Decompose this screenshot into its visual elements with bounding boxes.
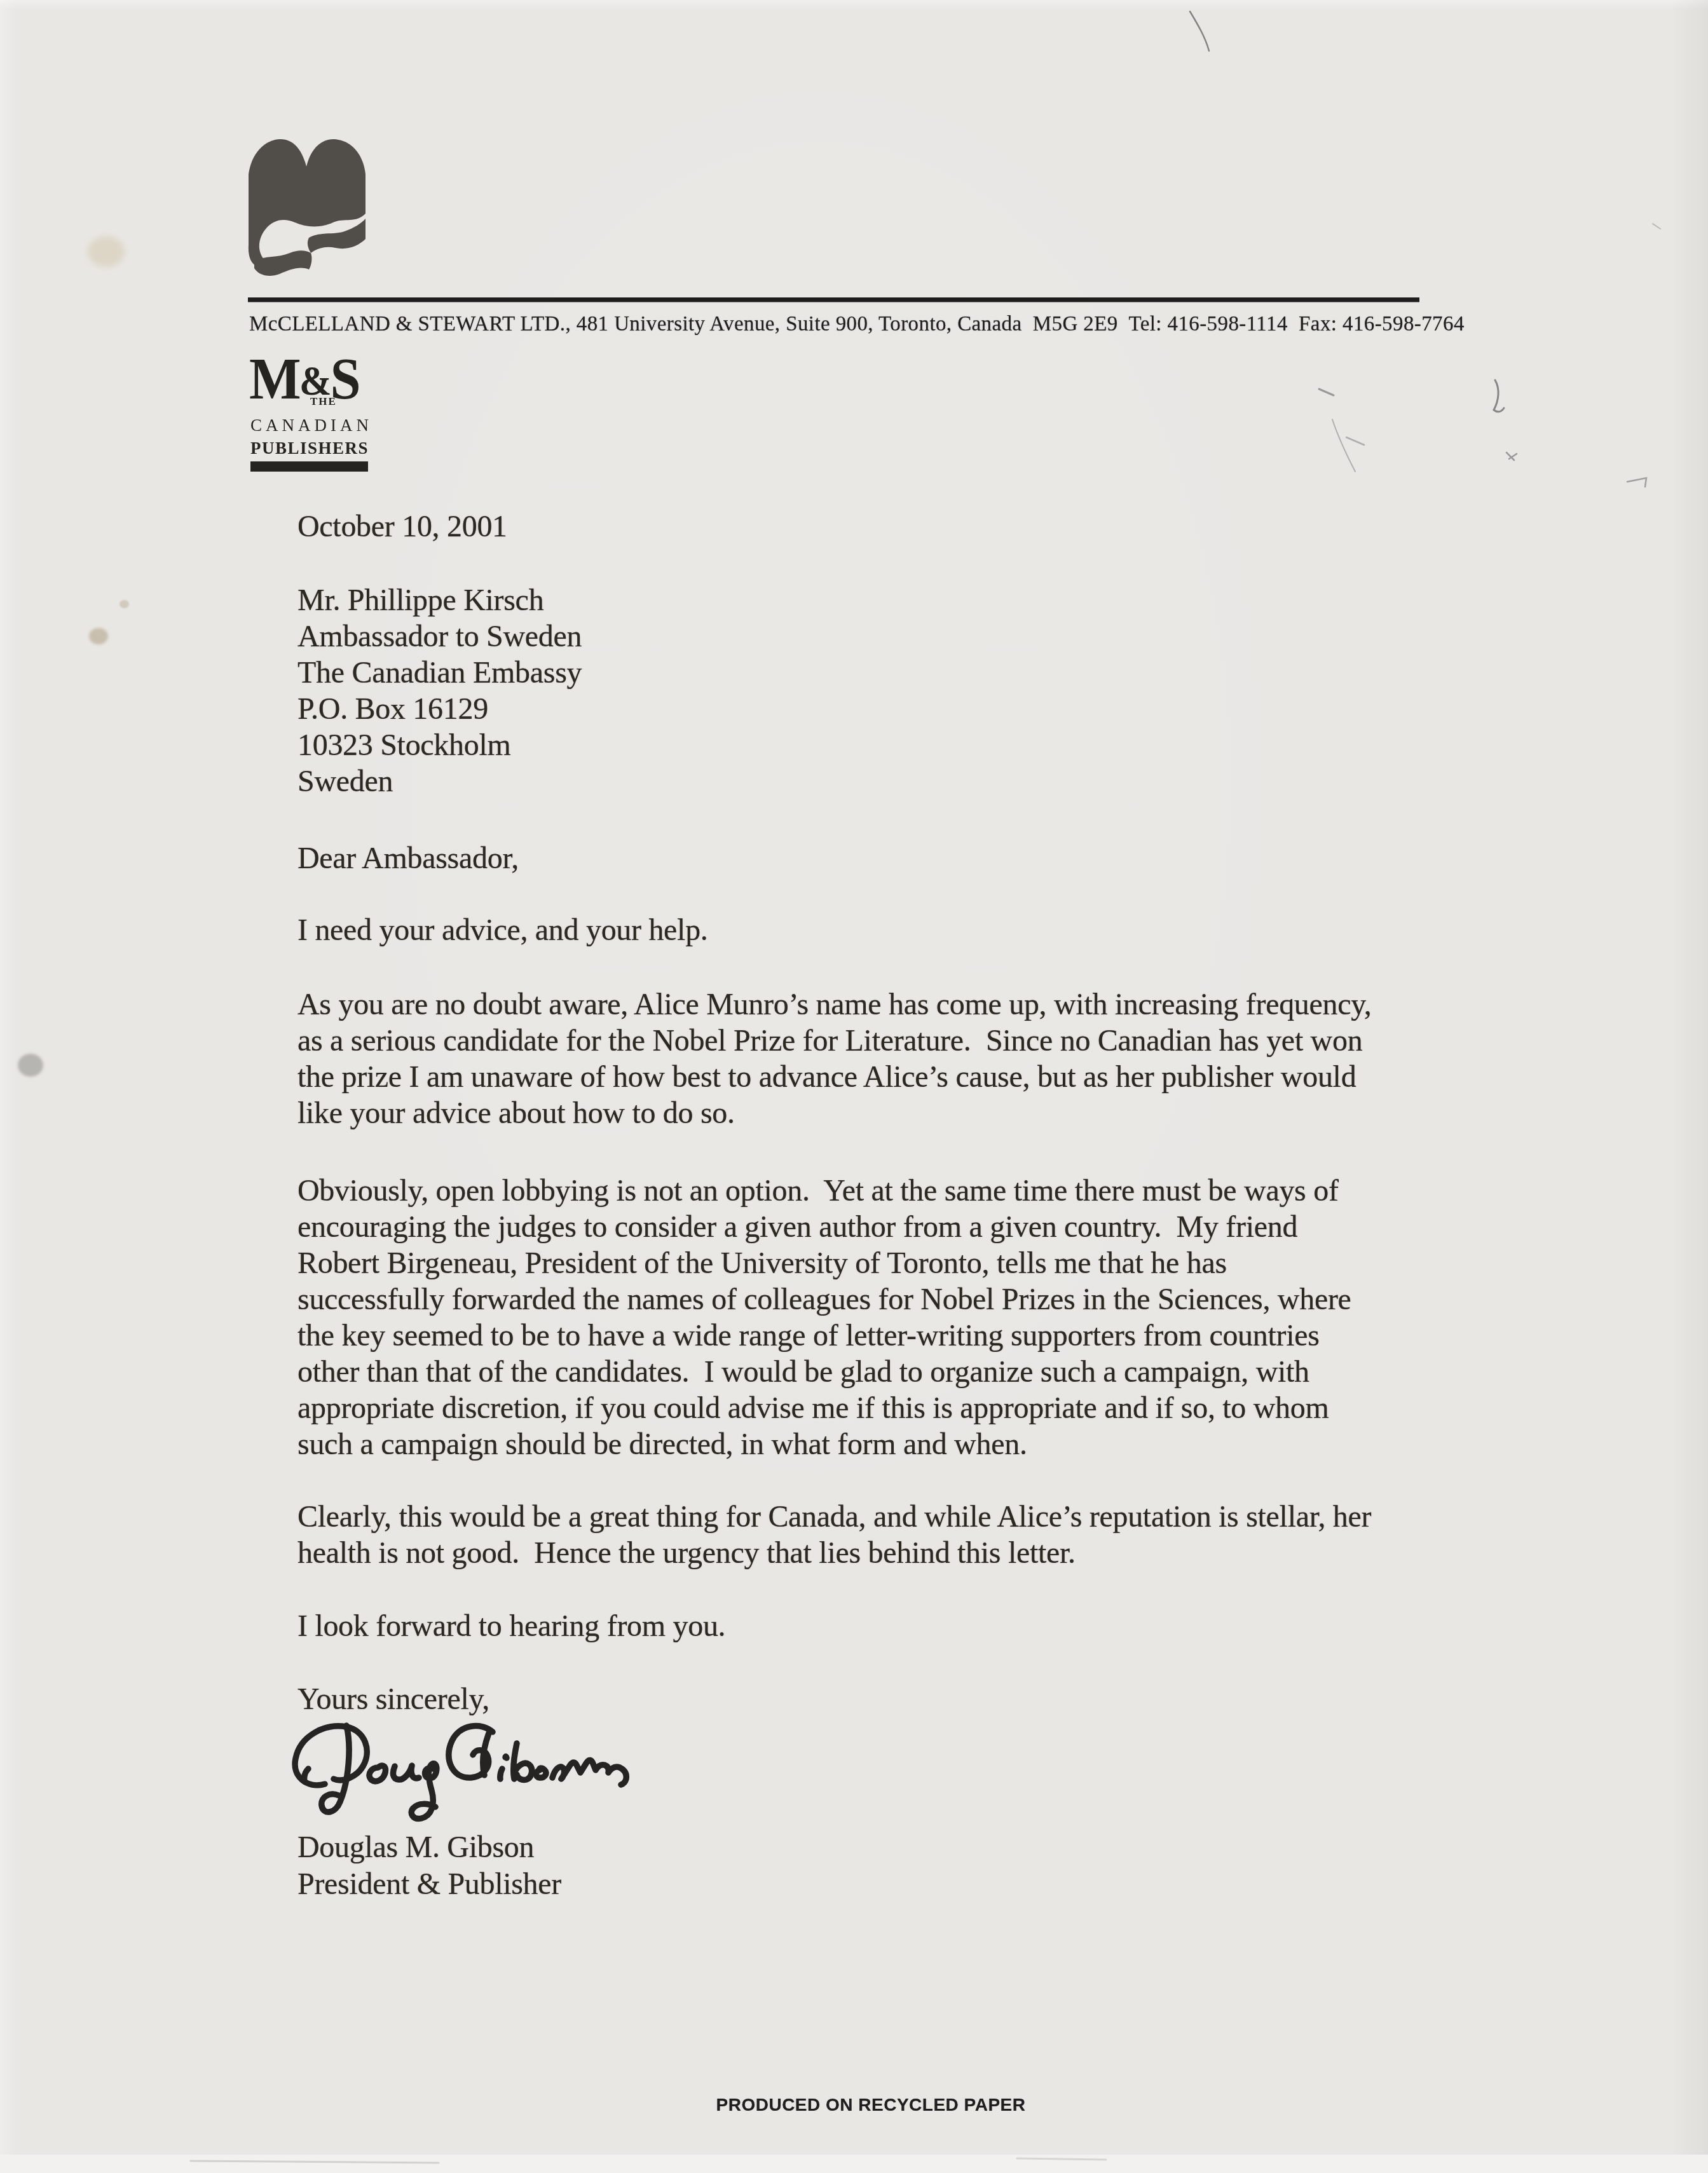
paragraph-3-line: such a campaign should be directed, in w… [297,1426,1351,1462]
paragraph-4-line: Clearly, this would be a great thing for… [297,1499,1371,1535]
recipient-name: Mr. Phillippe Kirsch [297,582,582,618]
ms-logo-bar [250,461,368,472]
salutation: Dear Ambassador, [297,840,519,876]
recipient-city: 10323 Stockholm [297,727,582,763]
paragraph-2-line: like your advice about how to do so. [297,1095,1372,1131]
signer-name: Douglas M. Gibson [297,1829,534,1865]
recipient-title: Ambassador to Sweden [297,618,582,655]
recipient-pobox: P.O. Box 16129 [297,691,582,727]
open-book-logo-icon [247,135,367,282]
recipient-org: The Canadian Embassy [297,655,582,691]
ms-publishers-logo: M&S THE CANADIAN PUBLISHERS [249,347,376,417]
paragraph-1: I need your advice, and your help. [297,912,708,948]
paragraph-3-line: successfully forwarded the names of coll… [297,1281,1351,1318]
letterhead-rule [248,297,1419,302]
paper-stain [18,1054,43,1077]
recipient-address: Mr. Phillippe Kirsch Ambassador to Swede… [297,582,582,800]
paragraph-3-line: encouraging the judges to consider a giv… [297,1209,1351,1245]
ms-letter-m: M [249,346,299,412]
paragraph-3-line: other than that of the candidates. I wou… [297,1354,1351,1390]
ms-the-label: THE [310,395,337,408]
paragraph-3-line: Robert Birgeneau, President of the Unive… [297,1245,1351,1281]
paragraph-2-line: the prize I am unaware of how best to ad… [297,1059,1372,1095]
letter-date: October 10, 2001 [297,508,507,545]
paper-stain [89,628,108,644]
paragraph-5: I look forward to hearing from you. [297,1608,725,1644]
paragraph-3-line: the key seemed to be to have a wide rang… [297,1318,1351,1354]
signature-handwriting-icon [283,1706,645,1843]
paragraph-3-line: Obviously, open lobbying is not an optio… [297,1173,1351,1209]
company-address-line: McCLELLAND & STEWART LTD., 481 Universit… [249,313,1465,336]
paragraph-4: Clearly, this would be a great thing for… [297,1499,1371,1571]
paper-stain [88,236,125,267]
ms-publishers-label: PUBLISHERS [250,439,369,458]
signer-title: President & Publisher [297,1866,561,1902]
paragraph-2-line: as a serious candidate for the Nobel Pri… [297,1023,1372,1059]
ms-canadian-label: CANADIAN [250,416,372,435]
ms-monogram: M&S [249,347,359,417]
paragraph-3-line: appropriate discretion, if you could adv… [297,1390,1351,1426]
scanned-letter-page: McCLELLAND & STEWART LTD., 481 Universit… [0,0,1708,2173]
recipient-country: Sweden [297,763,582,800]
recycled-paper-notice: PRODUCED ON RECYCLED PAPER [716,2095,1026,2115]
paragraph-2-line: As you are no doubt aware, Alice Munro’s… [297,986,1372,1023]
paragraph-4-line: health is not good. Hence the urgency th… [297,1535,1371,1571]
paragraph-2: As you are no doubt aware, Alice Munro’s… [297,986,1372,1131]
scan-bottom-strip [0,2155,1708,2173]
paper-stain [120,600,129,608]
paragraph-3: Obviously, open lobbying is not an optio… [297,1173,1351,1462]
